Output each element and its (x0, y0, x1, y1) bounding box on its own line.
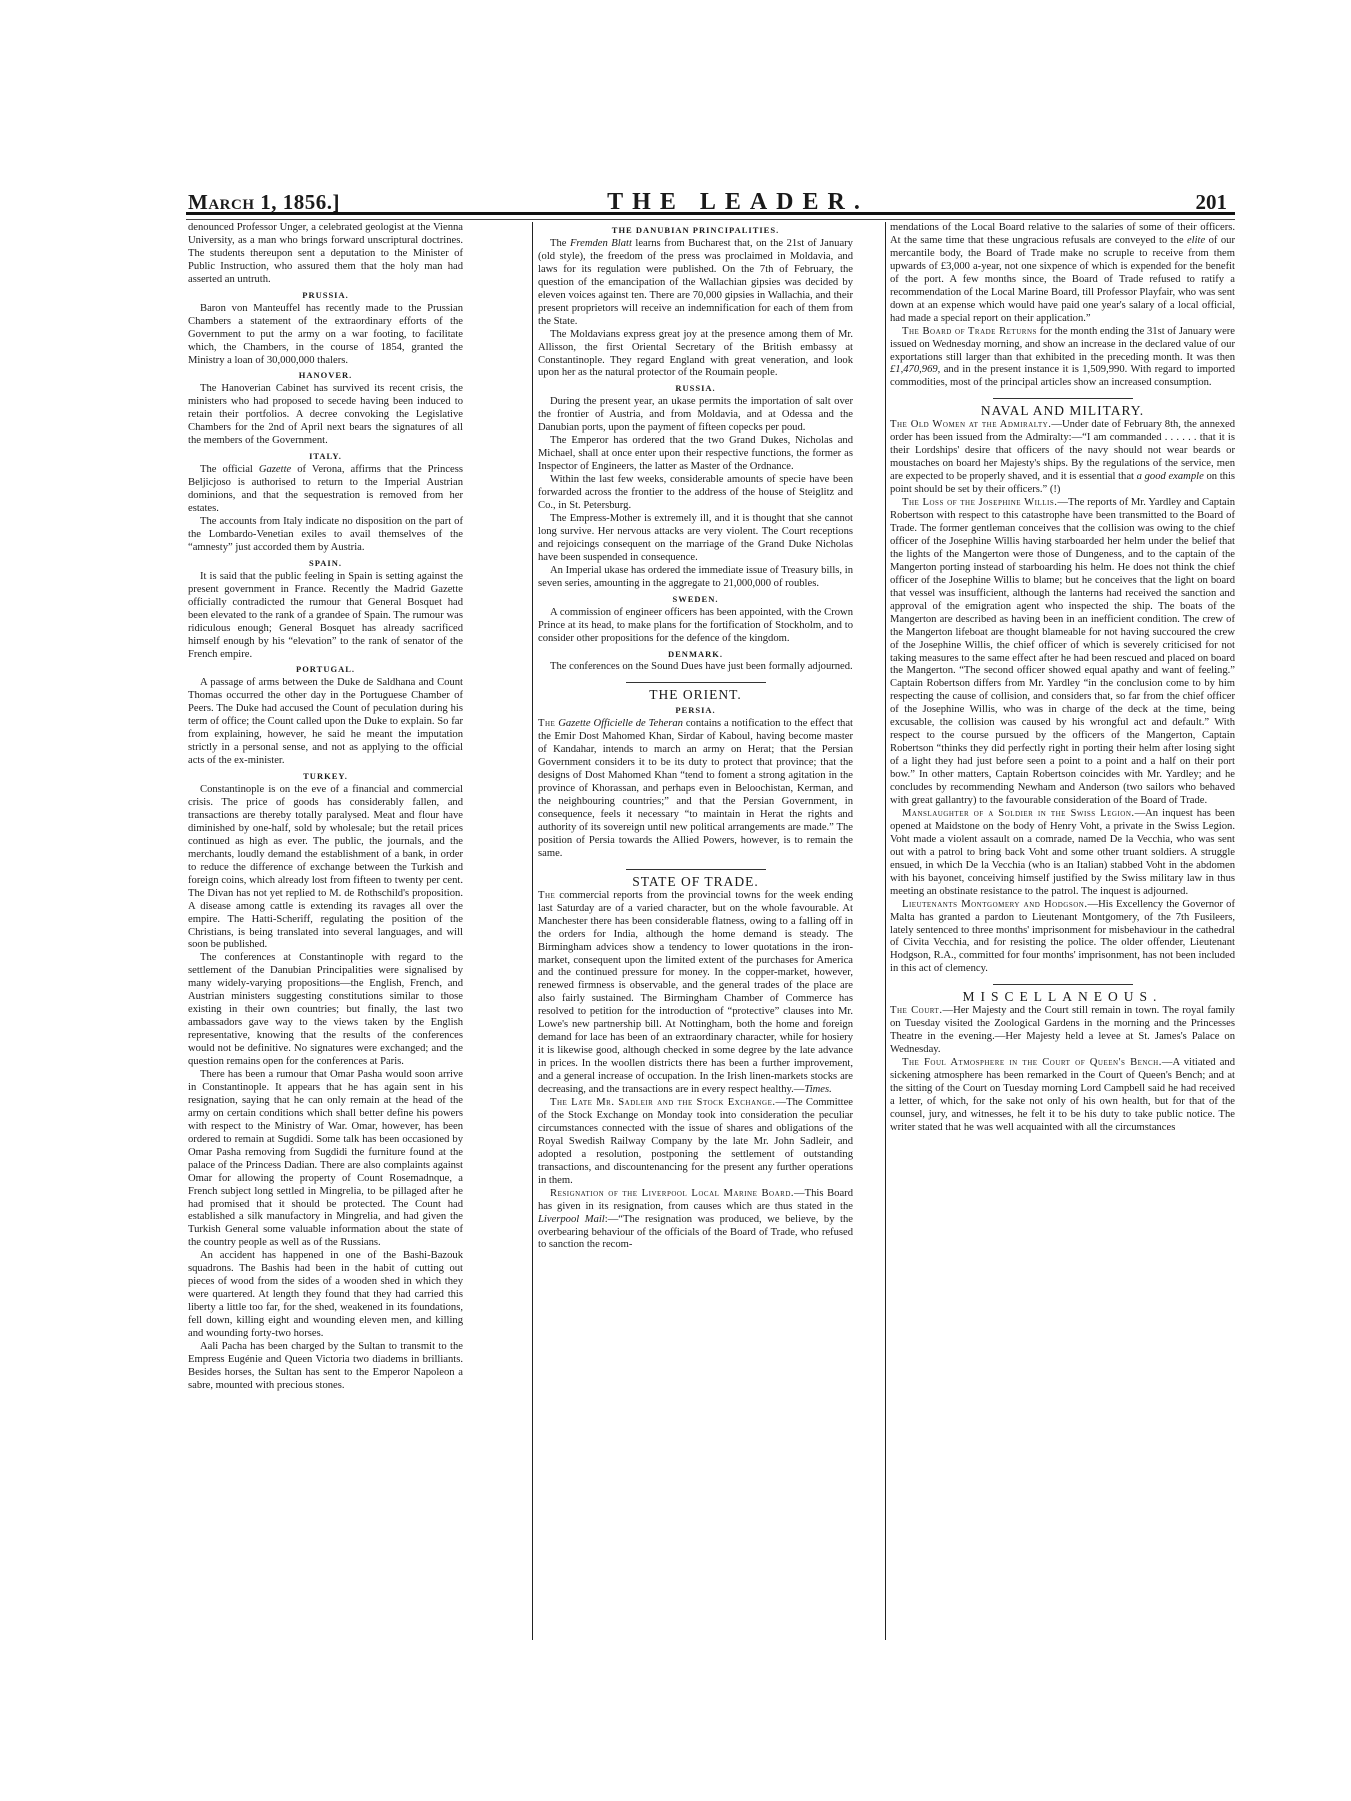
publication-name: Fremden Blatt (570, 238, 632, 249)
paragraph-lead: Resignation of the Liverpool Local Marin… (550, 1188, 794, 1199)
section-heading-trade: STATE OF TRADE. (538, 876, 853, 889)
publication-name: Liverpool Mail (538, 1214, 605, 1225)
article-paragraph: Aali Pacha has been charged by the Sulta… (188, 1341, 463, 1393)
section-heading-turkey: TURKEY. (188, 770, 463, 783)
column-3: mendations of the Local Board relative t… (890, 222, 1235, 1135)
section-heading-orient: THE ORIENT. (538, 689, 853, 702)
article-paragraph: The Old Women at the Admiralty.—Under da… (890, 419, 1235, 497)
text: —A vitiated and sickening atmosphere has… (890, 1057, 1235, 1133)
text: commercial reports from the provincial t… (538, 890, 853, 1095)
text: mendations of the Local Board relative t… (890, 222, 1235, 246)
article-paragraph: Baron von Manteuffel has recently made t… (188, 303, 463, 368)
article-paragraph: The Fremden Blatt learns from Bucharest … (538, 238, 853, 329)
article-paragraph: The Gazette Officielle de Teheran contai… (538, 718, 853, 860)
source-citation: Times. (804, 1084, 831, 1095)
paragraph-lead: The Late Mr. Sadleir and the Stock Excha… (550, 1097, 776, 1108)
text: learns from Bucharest that, on the 21st … (538, 238, 853, 327)
article-paragraph: An accident has happened in one of the B… (188, 1250, 463, 1341)
text: of our mercantile body, the Board of Tra… (890, 235, 1235, 324)
article-paragraph: The Hanoverian Cabinet has survived its … (188, 383, 463, 448)
article-paragraph: Lieutenants Montgomery and Hodgson.—His … (890, 899, 1235, 977)
text: and in the present instance it is 1,509,… (890, 364, 1235, 388)
emphasis: a good example (1137, 471, 1204, 482)
article-paragraph: The Late Mr. Sadleir and the Stock Excha… (538, 1097, 853, 1188)
section-heading-danubian: THE DANUBIAN PRINCIPALITIES. (538, 224, 853, 237)
article-paragraph: The Foul Atmosphere in the Court of Quee… (890, 1057, 1235, 1135)
article-paragraph: The accounts from Italy indicate no disp… (188, 516, 463, 555)
section-rule (993, 984, 1133, 985)
article-paragraph: The Moldavians express great joy at the … (538, 329, 853, 381)
article-paragraph: During the present year, an ukase permit… (538, 396, 853, 435)
text: —An inquest has been opened at Maidstone… (890, 808, 1235, 897)
article-paragraph: The commercial reports from the provinci… (538, 890, 853, 1097)
section-heading-hanover: HANOVER. (188, 369, 463, 382)
section-rule (626, 869, 766, 870)
column-1: denounced Professor Unger, a celebrated … (188, 222, 463, 1393)
section-rule (626, 682, 766, 683)
section-heading-portugal: PORTUGAL. (188, 663, 463, 676)
section-heading-miscellaneous: MISCELLANEOUS. (890, 991, 1235, 1004)
emphasis: £1,470,969, (890, 364, 940, 375)
column-divider (885, 222, 886, 1640)
lead-word: The (538, 718, 555, 729)
paragraph-lead: The Board of Trade Returns (902, 326, 1037, 337)
section-heading-naval: NAVAL AND MILITARY. (890, 405, 1235, 418)
emphasis: elite (1187, 235, 1205, 246)
text: contains a notification to the effect th… (538, 718, 853, 859)
article-paragraph: It is said that the public feeling in Sp… (188, 571, 463, 662)
paragraph-lead: The Court. (890, 1005, 942, 1016)
paragraph-lead: Manslaughter of a Soldier in the Swiss L… (902, 808, 1135, 819)
section-heading-italy: ITALY. (188, 450, 463, 463)
publication-name: Gazette Officielle de Teheran (558, 718, 683, 729)
article-paragraph: There has been a rumour that Omar Pasha … (188, 1069, 463, 1250)
publication-name: Gazette (259, 464, 291, 475)
article-paragraph: The Board of Trade Returns for the month… (890, 326, 1235, 391)
paragraph-lead: The Foul Atmosphere in the Court of Quee… (902, 1057, 1162, 1068)
article-paragraph: A passage of arms between the Duke de Sa… (188, 677, 463, 768)
section-heading-denmark: DENMARK. (538, 648, 853, 661)
section-heading-prussia: PRUSSIA. (188, 289, 463, 302)
article-paragraph: The Emperor has ordered that the two Gra… (538, 435, 853, 474)
article-paragraph: Manslaughter of a Soldier in the Swiss L… (890, 808, 1235, 899)
section-heading-sweden: SWEDEN. (538, 593, 853, 606)
masthead-rule (186, 212, 1235, 220)
article-paragraph: The conferences on the Sound Dues have j… (538, 661, 853, 674)
text: The (550, 238, 570, 249)
section-heading-russia: RUSSIA. (538, 382, 853, 395)
article-paragraph: The Court.—Her Majesty and the Court sti… (890, 1005, 1235, 1057)
section-rule (993, 398, 1133, 399)
article-paragraph: The Empress-Mother is extremely ill, and… (538, 513, 853, 565)
text: —The Committee of the Stock Exchange on … (538, 1097, 853, 1186)
section-heading-spain: SPAIN. (188, 557, 463, 570)
article-paragraph: Resignation of the Liverpool Local Marin… (538, 1188, 853, 1253)
column-divider (532, 222, 533, 1640)
paragraph-lead: Lieutenants Montgomery and Hodgson. (902, 899, 1088, 910)
article-paragraph: The official Gazette of Verona, affirms … (188, 464, 463, 516)
paragraph-lead: The Old Women at the Admiralty. (890, 419, 1051, 430)
article-paragraph: Constantinople is on the eve of a financ… (188, 784, 463, 952)
column-2: THE DANUBIAN PRINCIPALITIES. The Fremden… (538, 222, 853, 1252)
paragraph-lead: The Loss of the Josephine Willis. (902, 497, 1057, 508)
article-paragraph: denounced Professor Unger, a celebrated … (188, 222, 463, 287)
text: —Her Majesty and the Court still remain … (890, 1005, 1235, 1055)
article-paragraph: Within the last few weeks, considerable … (538, 474, 853, 513)
text: —The reports of Mr. Yardley and Captain … (890, 497, 1235, 806)
article-paragraph: An Imperial ukase has ordered the immedi… (538, 565, 853, 591)
article-paragraph: The Loss of the Josephine Willis.—The re… (890, 497, 1235, 808)
article-paragraph: A commission of engineer officers has be… (538, 607, 853, 646)
section-heading-persia: PERSIA. (538, 704, 853, 717)
lead-word: The (538, 890, 555, 901)
article-paragraph: The conferences at Constantinople with r… (188, 952, 463, 1069)
article-paragraph: mendations of the Local Board relative t… (890, 222, 1235, 326)
text: The official (200, 464, 259, 475)
